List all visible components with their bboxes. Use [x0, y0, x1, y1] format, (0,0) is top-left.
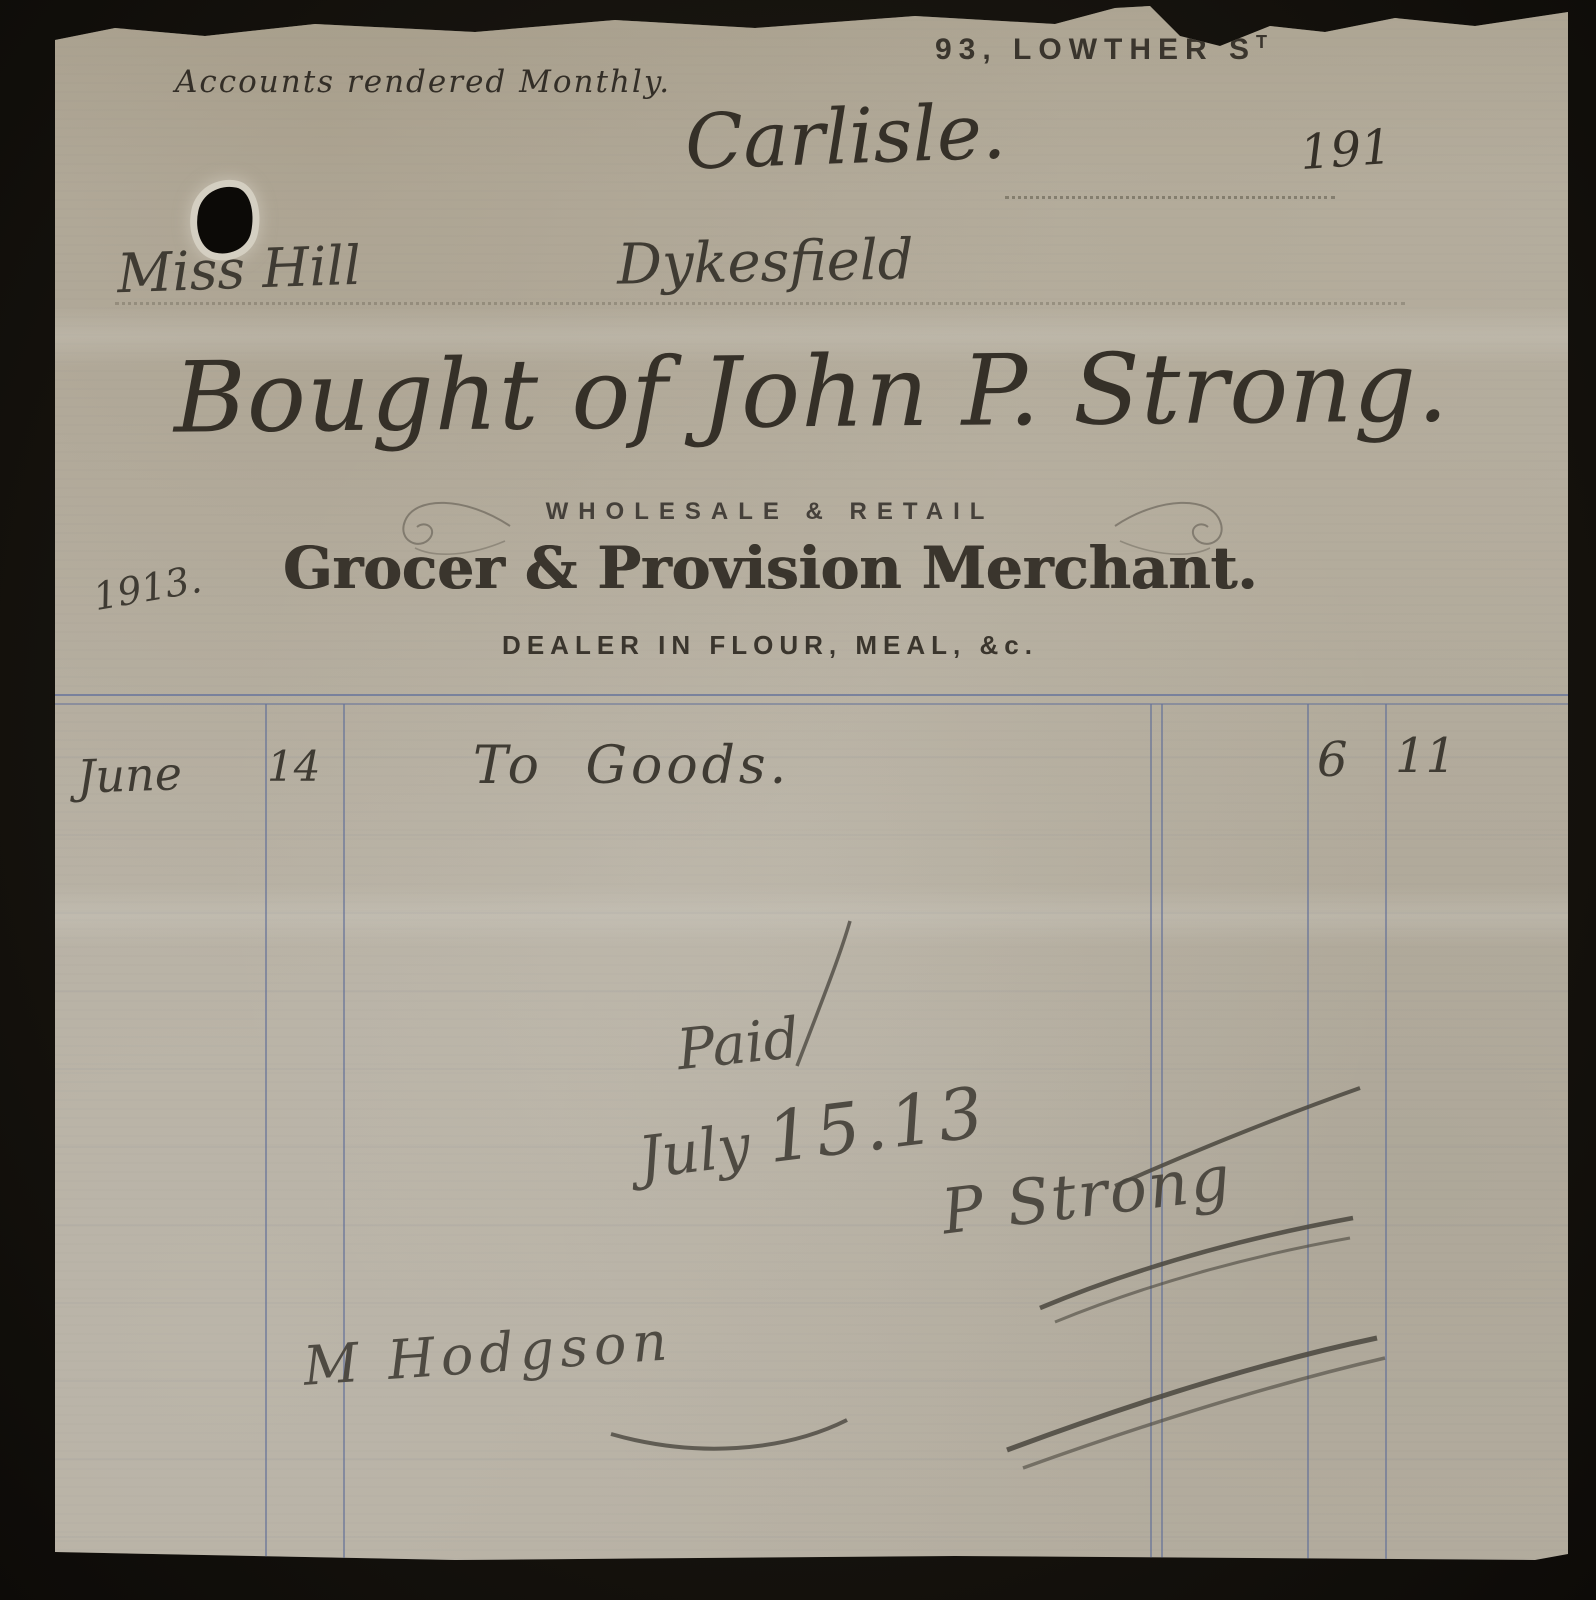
pencil-flourish-strokes: [55, 6, 1568, 1560]
invoice-paper: Accounts rendered Monthly. 93, LOWTHER S…: [55, 6, 1568, 1560]
